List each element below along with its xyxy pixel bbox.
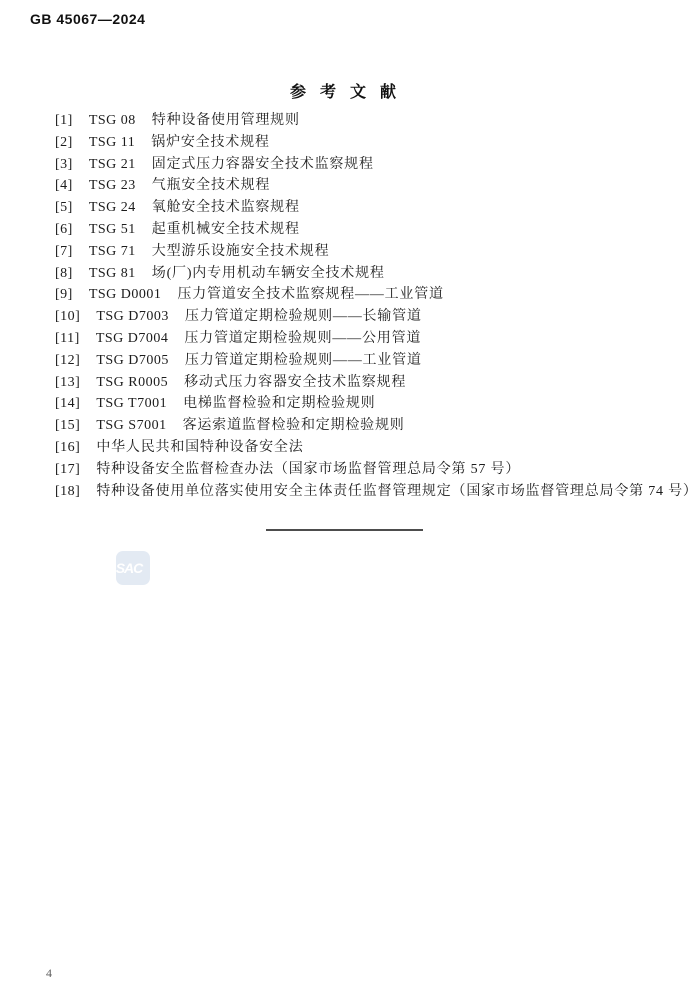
- reference-title: 移动式压力容器安全技术监察规程: [184, 375, 406, 390]
- reference-title: 电梯监督检验和定期检验规则: [183, 396, 375, 411]
- reference-list: [1]TSG 08特种设备使用管理规则[2]TSG 11锅炉安全技术规程[3]T…: [55, 110, 685, 502]
- reference-number: [10]: [55, 306, 80, 328]
- reference-code: TSG 21: [89, 154, 136, 176]
- reference-title: 特种设备使用管理规则: [152, 113, 300, 128]
- reference-code: TSG D0001: [89, 284, 162, 306]
- reference-number: [16]: [55, 437, 80, 459]
- reference-number: [8]: [55, 263, 73, 285]
- reference-item: [5]TSG 24氧舱安全技术监察规程: [55, 197, 685, 219]
- reference-number: [7]: [55, 241, 73, 263]
- reference-number: [18]: [55, 481, 80, 503]
- reference-item: [16]中华人民共和国特种设备安全法: [55, 437, 685, 459]
- reference-item: [6]TSG 51起重机械安全技术规程: [55, 219, 685, 241]
- reference-title: 锅炉安全技术规程: [151, 135, 269, 150]
- reference-number: [14]: [55, 393, 80, 415]
- reference-number: [15]: [55, 415, 80, 437]
- reference-title: 压力管道定期检验规则——长输管道: [185, 309, 422, 324]
- end-of-document-divider: [266, 529, 423, 531]
- reference-title: 中华人民共和国特种设备安全法: [96, 440, 303, 455]
- reference-title: 氧舱安全技术监察规程: [152, 200, 300, 215]
- reference-code: TSG 51: [89, 219, 136, 241]
- reference-item: [12]TSG D7005压力管道定期检验规则——工业管道: [55, 350, 685, 372]
- reference-code: TSG R0005: [96, 372, 168, 394]
- reference-title: 起重机械安全技术规程: [152, 222, 300, 237]
- reference-title: 场(厂)内专用机动车辆安全技术规程: [152, 266, 385, 281]
- reference-item: [10]TSG D7003压力管道定期检验规则——长输管道: [55, 306, 685, 328]
- page-number: 4: [46, 966, 52, 981]
- reference-item: [8]TSG 81场(厂)内专用机动车辆安全技术规程: [55, 263, 685, 285]
- references-section-title: 参考文献: [0, 79, 700, 102]
- reference-title: 特种设备使用单位落实使用安全主体责任监督管理规定（国家市场监督管理总局令第 74…: [96, 484, 697, 499]
- reference-item: [7]TSG 71大型游乐设施安全技术规程: [55, 241, 685, 263]
- reference-code: TSG 81: [89, 263, 136, 285]
- reference-item: [4]TSG 23气瓶安全技术规程: [55, 175, 685, 197]
- reference-code: TSG 23: [89, 175, 136, 197]
- reference-title: 固定式压力容器安全技术监察规程: [152, 157, 374, 172]
- reference-item: [11]TSG D7004压力管道定期检验规则——公用管道: [55, 328, 685, 350]
- reference-number: [3]: [55, 154, 73, 176]
- reference-item: [18]特种设备使用单位落实使用安全主体责任监督管理规定（国家市场监督管理总局令…: [55, 481, 685, 503]
- reference-item: [14]TSG T7001电梯监督检验和定期检验规则: [55, 393, 685, 415]
- reference-number: [11]: [55, 328, 80, 350]
- reference-title: 压力管道定期检验规则——工业管道: [185, 353, 422, 368]
- reference-number: [2]: [55, 132, 73, 154]
- reference-code: TSG T7001: [96, 393, 167, 415]
- reference-code: TSG 11: [89, 132, 135, 154]
- reference-title: 压力管道定期检验规则——公用管道: [184, 331, 421, 346]
- reference-title: 客运索道监督检验和定期检验规则: [183, 418, 405, 433]
- reference-code: TSG 24: [89, 197, 136, 219]
- reference-number: [13]: [55, 372, 80, 394]
- reference-number: [12]: [55, 350, 80, 372]
- reference-number: [1]: [55, 110, 73, 132]
- reference-code: TSG 08: [89, 110, 136, 132]
- reference-item: [15]TSG S7001客运索道监督检验和定期检验规则: [55, 415, 685, 437]
- reference-number: [9]: [55, 284, 73, 306]
- reference-title: 大型游乐设施安全技术规程: [152, 244, 330, 259]
- reference-title: 气瓶安全技术规程: [152, 178, 270, 193]
- reference-number: [5]: [55, 197, 73, 219]
- reference-number: [6]: [55, 219, 73, 241]
- reference-item: [13]TSG R0005移动式压力容器安全技术监察规程: [55, 372, 685, 394]
- reference-code: TSG D7003: [96, 306, 169, 328]
- sac-watermark-text: SAC: [116, 560, 143, 576]
- reference-item: [1]TSG 08特种设备使用管理规则: [55, 110, 685, 132]
- reference-code: TSG D7005: [96, 350, 169, 372]
- document-header-standard-number: GB 45067—2024: [30, 11, 145, 27]
- sac-watermark-logo: SAC: [116, 551, 150, 585]
- reference-number: [4]: [55, 175, 73, 197]
- reference-item: [2]TSG 11锅炉安全技术规程: [55, 132, 685, 154]
- reference-item: [3]TSG 21固定式压力容器安全技术监察规程: [55, 154, 685, 176]
- reference-title: 特种设备安全监督检查办法（国家市场监督管理总局令第 57 号）: [96, 462, 520, 477]
- reference-code: TSG 71: [89, 241, 136, 263]
- reference-item: [9]TSG D0001压力管道安全技术监察规程——工业管道: [55, 284, 685, 306]
- reference-title: 压力管道安全技术监察规程——工业管道: [177, 287, 443, 302]
- reference-code: TSG D7004: [96, 328, 169, 350]
- reference-code: TSG S7001: [96, 415, 166, 437]
- reference-number: [17]: [55, 459, 80, 481]
- reference-item: [17]特种设备安全监督检查办法（国家市场监督管理总局令第 57 号）: [55, 459, 685, 481]
